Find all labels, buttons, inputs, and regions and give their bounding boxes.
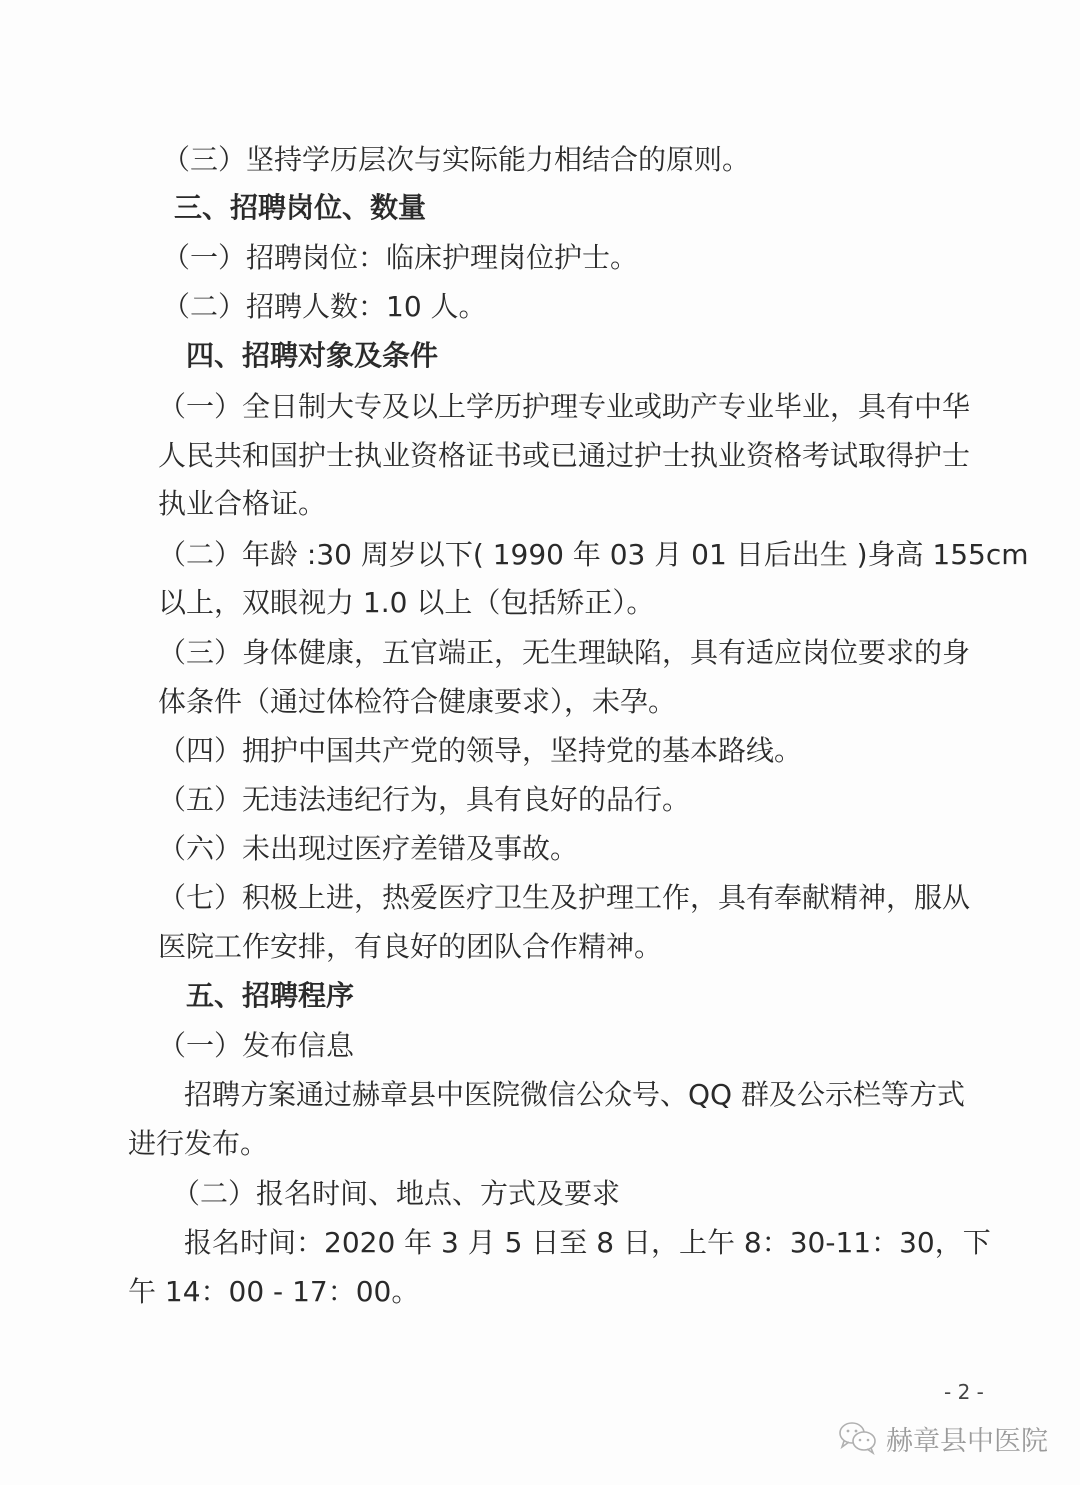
wechat-watermark: 赫章县中医院 (838, 1420, 1048, 1456)
text-line: （二）招聘人数：10 人。 (162, 290, 487, 324)
text-line: （四）拥护中国共产党的领导，坚持党的基本路线。 (158, 734, 802, 768)
text-line: 医院工作安排，有良好的团队合作精神。 (158, 930, 662, 964)
text-line: 人民共和国护士执业资格证书或已通过护士执业资格考试取得护士 (158, 439, 970, 473)
text-line: 报名时间：2020 年 3 月 5 日至 8 日，上午 8：30-11：30，下 (184, 1226, 991, 1260)
text-line: 午 14：00 - 17：00。 (128, 1275, 419, 1309)
section-heading: 五、招聘程序 (186, 979, 354, 1013)
text-line: （一）全日制大专及以上学历护理专业或助产专业毕业，具有中华 (158, 390, 970, 424)
text-line: （五）无违法违纪行为，具有良好的品行。 (158, 783, 690, 817)
text-line: （一）发布信息 (158, 1029, 354, 1063)
text-line: （三）坚持学历层次与实际能力相结合的原则。 (162, 143, 750, 177)
page-number: - 2 - (944, 1380, 984, 1404)
text-line: （二）年龄 :30 周岁以下( 1990 年 03 月 01 日后出生 )身高 … (158, 538, 1029, 572)
text-line: （二）报名时间、地点、方式及要求 (172, 1177, 620, 1211)
text-line: 进行发布。 (128, 1127, 268, 1161)
text-line: 以上，双眼视力 1.0 以上（包括矫正）。 (158, 586, 654, 620)
text-line: （七）积极上进，热爱医疗卫生及护理工作，具有奉献精神，服从 (158, 881, 970, 915)
section-heading: 三、招聘岗位、数量 (174, 191, 426, 225)
wechat-icon (838, 1421, 878, 1455)
text-line: 招聘方案通过赫章县中医院微信公众号、QQ 群及公示栏等方式 (184, 1078, 965, 1112)
text-line: （六）未出现过医疗差错及事故。 (158, 832, 578, 866)
text-line: 执业合格证。 (158, 487, 326, 521)
text-line: 体条件（通过体检符合健康要求），未孕。 (158, 685, 676, 719)
watermark-label: 赫章县中医院 (886, 1419, 1048, 1458)
text-line: （一）招聘岗位：临床护理岗位护士。 (162, 241, 638, 275)
text-line: （三）身体健康，五官端正，无生理缺陷，具有适应岗位要求的身 (158, 636, 970, 670)
scanned-document-page: （三）坚持学历层次与实际能力相结合的原则。 三、招聘岗位、数量 （一）招聘岗位：… (0, 0, 1080, 1485)
section-heading: 四、招聘对象及条件 (186, 339, 438, 373)
